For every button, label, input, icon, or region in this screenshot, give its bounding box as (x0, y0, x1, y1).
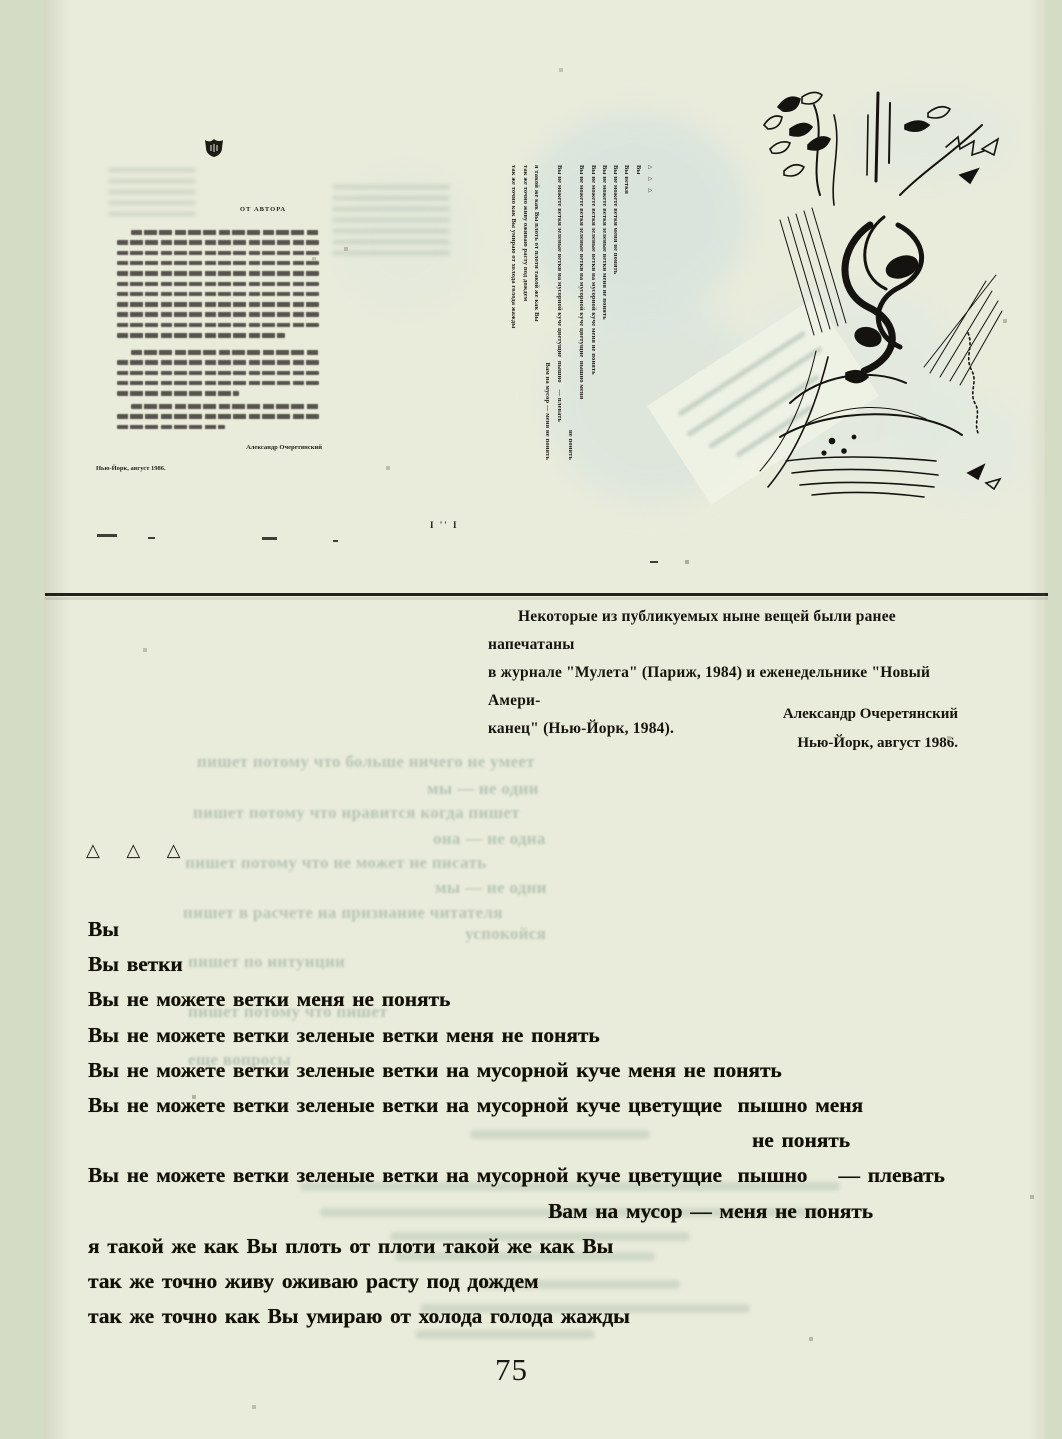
poem-line: Вам на мусор — меня не понять (88, 1194, 990, 1229)
mini-poem-line: я такой же как Вы плоть от плоти такой ж… (531, 165, 542, 460)
bleedthrough-line: пишет потому что нравится когда пишет (193, 803, 520, 823)
mini-poem-line: Вы не можете ветки зеленые ветки на мусо… (576, 165, 587, 460)
mini-text-line (117, 391, 239, 396)
mini-poem-line: Вы ветки (621, 165, 632, 460)
mini-ghost-bar (332, 185, 450, 189)
folio-marks: I '' I (430, 520, 459, 530)
poem-line: Вы не можете ветки зеленые ветки на мусо… (88, 1088, 990, 1123)
mini-page-dateline: Нью-Йорк, август 1986. (96, 465, 166, 473)
mini-text-line (117, 312, 319, 317)
mini-poem-line: не понять (565, 165, 576, 460)
mini-ghost-bar (332, 218, 450, 222)
mini-ghost-bar (332, 229, 450, 233)
mini-ghost-bar (332, 240, 450, 244)
stray-dash (148, 537, 155, 539)
acknowledgment-line: Некоторые из публикуемых ныне вещей были… (488, 603, 962, 659)
mini-text-line (117, 371, 319, 376)
mini-ghost-bar (108, 190, 196, 194)
paper-page: ОТ АВТОРА Александр Очеретянский Нью-Йор… (45, 0, 1045, 1439)
byline-place-date: Нью-Йорк, август 1986. (700, 729, 958, 758)
poem-line: я такой же как Вы плоть от плоти такой ж… (88, 1229, 990, 1264)
mini-poem-line: Вы не можете ветки зеленые ветки меня не… (599, 165, 610, 460)
mini-text-line (117, 302, 319, 307)
mini-ghost-bar (108, 201, 196, 205)
mini-text-line (117, 271, 319, 276)
poem-epigraph-triangles: △ △ △ (86, 840, 192, 861)
bleedthrough-line: мы — не одни (427, 779, 539, 799)
mini-poem-line: Вы не можете ветки зеленые ветки на мусо… (553, 165, 564, 460)
mini-text-line (117, 414, 319, 419)
poem-line: Вы не можете ветки зеленые ветки на мусо… (88, 1053, 990, 1088)
mini-text-line (117, 360, 319, 365)
poem-line: так же точно как Вы умираю от холода гол… (88, 1299, 990, 1334)
poem-line: не понять (88, 1123, 990, 1158)
mini-poem-line: Вы не можете ветки зеленые ветки на мусо… (587, 165, 598, 460)
page-number: 75 (495, 1352, 528, 1388)
mini-poem-line: Вы (632, 165, 643, 460)
stray-dash (650, 561, 658, 563)
mini-ghost-bar (332, 207, 450, 211)
mini-text-line (117, 251, 319, 256)
mini-poem-line: Вам на мусор — меня не понять (542, 165, 553, 460)
mini-ghost-bar (108, 168, 196, 172)
mini-ghost-bar (332, 251, 450, 255)
branches-ink-drawing (750, 85, 1015, 500)
stray-dash (333, 540, 338, 542)
poem-line: Вы не можете ветки зеленые ветки меня не… (88, 1018, 990, 1053)
mini-text-line (117, 425, 225, 430)
poem-line: Вы не можете ветки зеленые ветки на мусо… (88, 1158, 990, 1193)
mini-text-line (117, 292, 319, 297)
mini-ghost-bar (332, 196, 450, 200)
poem-body: ВыВы веткиВы не можете ветки меня не пон… (88, 912, 990, 1334)
rotated-mini-poem: △ △ △ВыВы веткиВы не можете ветки меня н… (507, 165, 655, 460)
mini-text-line (131, 350, 319, 355)
bleedthrough-line: она — не одна (433, 829, 546, 849)
mini-page-illegible-text (117, 228, 319, 458)
stray-dash (97, 534, 117, 537)
bleedthrough-line: мы — не одни (435, 878, 547, 898)
mini-text-line (131, 230, 319, 235)
mini-page-signature: Александр Очеретянский (117, 444, 322, 452)
mini-text-line (117, 333, 285, 338)
byline: Александр Очеретянский Нью-Йорк, август … (700, 700, 958, 758)
mini-poem-line: Вы не можете ветки меня не понять (610, 165, 621, 460)
mini-ghost-bar (108, 212, 196, 216)
mini-text-line (117, 240, 319, 245)
bleedthrough-line: пишет потому что не может не писать (185, 853, 486, 873)
paper-specks (45, 0, 47, 2)
mini-text-line (117, 381, 319, 386)
divider-rule (45, 593, 1048, 596)
poem-line: Вы (88, 912, 990, 947)
mini-ghost-bar (108, 179, 196, 183)
mini-text-line (117, 282, 319, 287)
mini-text-line (117, 323, 319, 328)
mini-poem-line: так же точно живу оживаю расту под дожде… (519, 165, 530, 460)
poem-line: Вы не можете ветки меня не понять (88, 982, 990, 1017)
mini-poem-line: так же точно как Вы умираю от холода гол… (508, 165, 519, 460)
mini-text-line (131, 404, 319, 409)
publisher-emblem-icon (203, 138, 225, 158)
stray-dash (262, 537, 277, 540)
byline-author: Александр Очеретянский (700, 700, 958, 729)
poem-line: так же точно живу оживаю расту под дожде… (88, 1264, 990, 1299)
mini-text-line (117, 261, 319, 266)
bleedthrough-line: пишет потому что больше ничего не умеет (197, 752, 535, 772)
poem-line: Вы ветки (88, 947, 990, 982)
scanned-book-page: ОТ АВТОРА Александр Очеретянский Нью-Йор… (0, 0, 1062, 1439)
